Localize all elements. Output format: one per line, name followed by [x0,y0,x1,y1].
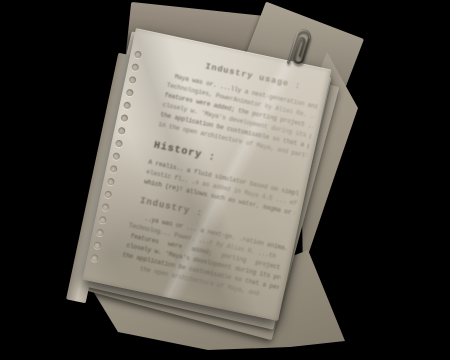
punch-hole [126,89,134,97]
punch-hole [134,50,142,58]
punch-hole [96,228,104,236]
punch-hole [120,114,128,122]
punch-hole [104,190,112,198]
punch-hole [123,101,131,109]
punch-hole [99,216,107,224]
punch-hole [107,178,115,186]
punch-hole [101,203,109,211]
punch-hole [115,139,123,147]
item-examine-view: Industry usage : Maya was or. ...lly a n… [0,0,450,360]
punch-hole [91,254,99,262]
punch-hole [112,152,120,160]
punch-hole [118,127,126,135]
punch-hole [131,63,139,71]
punch-hole [128,76,136,84]
punch-hole [93,241,101,249]
punch-hole [109,165,117,173]
